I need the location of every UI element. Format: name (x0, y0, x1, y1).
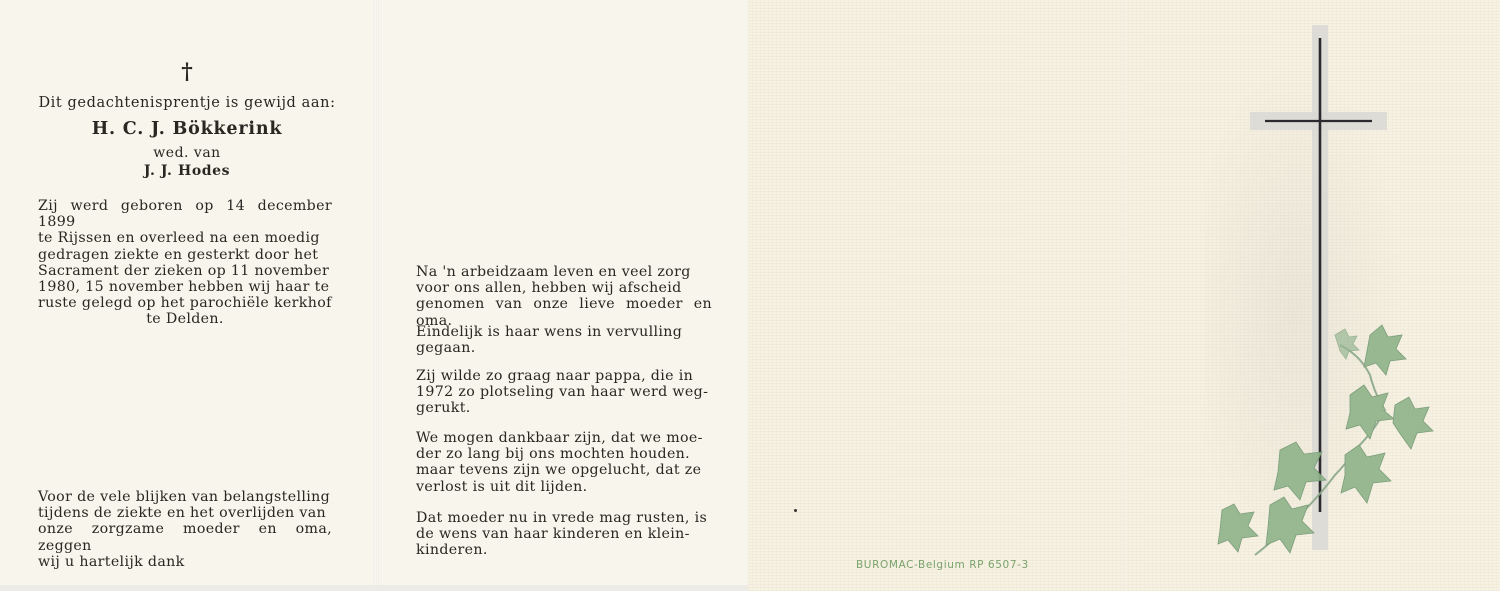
inner-sheet: † Dit gedachtenisprentje is gewijd aan: … (0, 0, 748, 585)
deceased-name: H. C. J. Bökkerink (0, 119, 374, 139)
text-line: gegaan. (416, 340, 712, 356)
biography-line: Zij werd geboren op 14 december 1899 (38, 198, 332, 230)
panel-farewell: Na 'n arbeidzaam leven en veel zorg voor… (378, 0, 748, 585)
biography-line: Sacrament der zieken op 11 november (38, 263, 332, 279)
dust-speck (794, 509, 797, 512)
thanks-line: tijdens de ziekte en het overlijden van (38, 505, 332, 521)
widow-of-label: wed. van (0, 145, 374, 161)
biography-line: 1980, 15 november hebben wij haar te (38, 279, 332, 295)
thanks-line: Voor de vele blijken van belangstelling (38, 489, 332, 505)
fold-line (1124, 0, 1126, 591)
cross-icon: † (0, 60, 374, 84)
text-line: voor ons allen, hebben wij afscheid (416, 280, 712, 296)
biography-line: gedragen ziekte en gesterkt door het (38, 247, 332, 263)
publisher-imprint: BUROMAC-Belgium RP 6507-3 (856, 559, 1029, 571)
biography-line: te Delden. (38, 311, 332, 327)
text-line: verlost is uit dit lijden. (416, 479, 712, 495)
spouse-name: J. J. Hodes (0, 163, 374, 179)
text-line: maar tevens zijn we opgelucht, dat ze (416, 462, 712, 478)
farewell-paragraph: Na 'n arbeidzaam leven en veel zorg voor… (416, 264, 712, 329)
biography: Zij werd geboren op 14 december 1899 te … (38, 198, 332, 328)
biography-line: ruste gelegd op het parochiële kerkhof (38, 295, 332, 311)
text-line: Dat moeder nu in vrede mag rusten, is (416, 510, 712, 526)
text-line: de wens van haar kinderen en klein- (416, 526, 712, 542)
biography-line: te Rijssen en overleed na een moedig (38, 230, 332, 246)
text-line: Zij wilde zo graag naar pappa, die in (416, 368, 712, 384)
thanks-line: wij u hartelijk dank (38, 554, 332, 570)
text-line: Na 'n arbeidzaam leven en veel zorg (416, 264, 712, 280)
thanks-note: Voor de vele blijken van belangstelling … (38, 489, 332, 570)
text-line: der zo lang bij ons mochten houden. (416, 446, 712, 462)
thanks-line: onze zorgzame moeder en oma, zeggen (38, 521, 332, 553)
rest-in-peace-paragraph: Dat moeder nu in vrede mag rusten, is de… (416, 510, 712, 559)
wish-fulfilled-paragraph: Eindelijk is haar wens in vervulling geg… (416, 324, 712, 356)
cross-with-ivy-illustration (1200, 0, 1500, 591)
panel-dedication: † Dit gedachtenisprentje is gewijd aan: … (0, 0, 374, 585)
dedication-text: Dit gedachtenisprentje is gewijd aan: (0, 95, 374, 111)
text-line: Eindelijk is haar wens in vervulling (416, 324, 712, 340)
text-line: 1972 zo plotseling van haar werd weg- (416, 384, 712, 400)
father-paragraph: Zij wilde zo graag naar pappa, die in 19… (416, 368, 712, 417)
gratitude-paragraph: We mogen dankbaar zijn, dat we moe- der … (416, 430, 712, 495)
text-line: kinderen. (416, 542, 712, 558)
text-line: gerukt. (416, 400, 712, 416)
text-line: We mogen dankbaar zijn, dat we moe- (416, 430, 712, 446)
